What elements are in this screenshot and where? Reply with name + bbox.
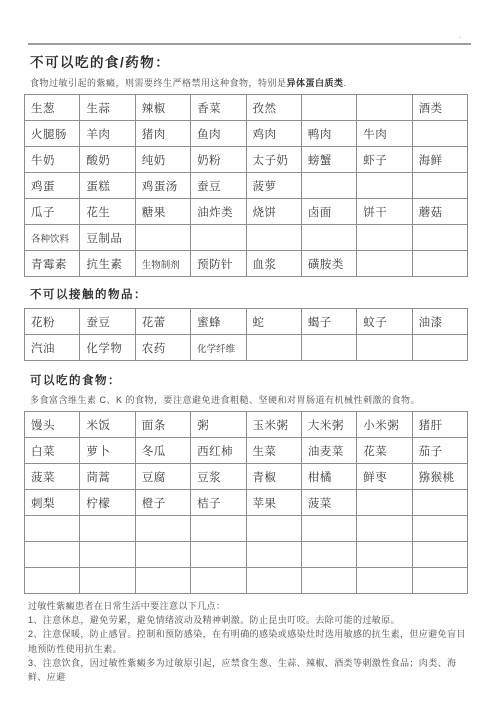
table-cell: 抗生素 (80, 251, 135, 277)
table-cell: 花菜 (357, 438, 412, 464)
table-row (25, 542, 468, 568)
table-cell (191, 568, 246, 594)
table-cell: 酒类 (412, 95, 467, 121)
table-cell (412, 121, 467, 147)
table-cell: 饼干 (357, 199, 412, 225)
section-title-allowed-foods: 可以吃的食物： (30, 372, 500, 388)
table-cell: 茄子 (412, 438, 467, 464)
table-row (25, 516, 468, 542)
note-item-2: 2、注意保暖，防止感冒。控制和预防感染，在有明确的感染或感染灶时选用敏感的抗生素… (28, 627, 470, 655)
table-row: 生葱生蒜辣椒香菜孜然酒类 (25, 95, 468, 121)
table-cell: 化学物 (80, 335, 135, 361)
forbidden-foods-intro: 食物过敏引起的紫癜，则需要终生严格禁用这种食物，特别是异体蛋白质类. (30, 76, 500, 89)
table-cell: 蚕豆 (80, 309, 135, 335)
table-cell: 豆腐 (135, 464, 190, 490)
table-cell: 鸡蛋 (25, 173, 80, 199)
table-cell: 橙子 (135, 490, 190, 516)
table-cell: 鸭肉 (301, 121, 356, 147)
table-cell: 汽油 (25, 335, 80, 361)
table-cell (25, 542, 80, 568)
table-cell: 蚊子 (357, 309, 412, 335)
table-cell: 香菜 (191, 95, 246, 121)
table-cell: 柠檬 (80, 490, 135, 516)
table-cell: 牛奶 (25, 147, 80, 173)
table-cell (80, 516, 135, 542)
table-cell (246, 542, 301, 568)
table-row: 各种饮料豆制品 (25, 225, 468, 251)
table-cell: 菠菜 (25, 464, 80, 490)
table-cell (412, 335, 467, 361)
table-cell: 刺梨 (25, 490, 80, 516)
table-cell (357, 173, 412, 199)
table-cell: 馒头 (25, 412, 80, 438)
table-cell (357, 251, 412, 277)
table-cell: 预防针 (191, 251, 246, 277)
table-cell: 孜然 (246, 95, 301, 121)
table-cell (301, 225, 356, 251)
table-cell: 纯奶 (135, 147, 190, 173)
table-cell (25, 568, 80, 594)
table-cell: 萝卜 (80, 438, 135, 464)
stray-dot-top: . (459, 31, 461, 40)
table-cell: 西红柿 (191, 438, 246, 464)
table-row: 青霉素抗生素生物制剂预防针血浆磺胺类 (25, 251, 468, 277)
table-cell (301, 95, 356, 121)
table-cell: 米饭 (80, 412, 135, 438)
allowed-foods-table: 馒头米饭面条粥玉米粥大米粥小米粥猪肝白菜萝卜冬瓜西红柿生菜油麦菜花菜茄子菠菜茼蒿… (24, 411, 468, 594)
table-cell (301, 568, 356, 594)
table-cell: 柑橘 (301, 464, 356, 490)
table-cell (246, 225, 301, 251)
table-cell: 酸奶 (80, 147, 135, 173)
table-cell: 蘑菇 (412, 199, 467, 225)
table-cell (25, 516, 80, 542)
table-cell: 白菜 (25, 438, 80, 464)
table-cell: 螃蟹 (301, 147, 356, 173)
table-cell: 猕猴桃 (412, 464, 467, 490)
note-item-3: 3、注意饮食，因过敏性紫癜多为过敏原引起，应禁食生葱、生蒜、辣椒、酒类等刺激性食… (28, 656, 470, 684)
intro-suffix: . (344, 78, 347, 88)
table-cell: 玉米粥 (246, 412, 301, 438)
table-cell: 菠萝 (246, 173, 301, 199)
table-cell: 豆制品 (80, 225, 135, 251)
table-cell: 鸡蛋汤 (135, 173, 190, 199)
table-cell: 花粉 (25, 309, 80, 335)
table-cell: 鱼肉 (191, 121, 246, 147)
table-cell (412, 490, 467, 516)
table-cell: 油麦菜 (301, 438, 356, 464)
table-cell: 蛇 (246, 309, 301, 335)
table-cell: 太子奶 (246, 147, 301, 173)
table-cell (301, 542, 356, 568)
table-cell: 辣椒 (135, 95, 190, 121)
table-cell (301, 516, 356, 542)
table-cell: 花蕾 (135, 309, 190, 335)
table-cell: 生葱 (25, 95, 80, 121)
table-cell (357, 490, 412, 516)
table-cell: 粥 (191, 412, 246, 438)
table-cell: 茼蒿 (80, 464, 135, 490)
intro-text: 食物过敏引起的紫癜，则需要终生严格禁用这种食物，特别是 (30, 78, 287, 88)
table-cell: 农药 (135, 335, 190, 361)
table-cell: 青椒 (246, 464, 301, 490)
table-cell (135, 516, 190, 542)
table-cell (357, 225, 412, 251)
table-row (25, 568, 468, 594)
table-row: 火腿肠羊肉猪肉鱼肉鸡肉鸭肉牛肉 (25, 121, 468, 147)
table-cell: 生菜 (246, 438, 301, 464)
table-cell: 小米粥 (357, 412, 412, 438)
table-cell (412, 173, 467, 199)
notes-heading: 过敏性紫癜患者在日常生活中要注意以下几点： (28, 599, 470, 613)
forbidden-items-table: 花粉蚕豆花蕾蜜蜂蛇蝎子蚊子油漆汽油化学物农药化学纤维 (24, 308, 468, 361)
table-cell: 蜜蜂 (191, 309, 246, 335)
table-cell (135, 542, 190, 568)
table-row: 瓜子花生糖果油炸类烧饼卤面饼干蘑菇 (25, 199, 468, 225)
table-cell: 各种饮料 (25, 225, 80, 251)
table-cell: 蚕豆 (191, 173, 246, 199)
table-cell: 豆浆 (191, 464, 246, 490)
table-cell (135, 568, 190, 594)
table-cell: 烧饼 (246, 199, 301, 225)
table-cell: 火腿肠 (25, 121, 80, 147)
table-cell: 羊肉 (80, 121, 135, 147)
table-cell (80, 542, 135, 568)
table-row: 汽油化学物农药化学纤维 (25, 335, 468, 361)
allowed-foods-intro: 多食富含维生素 C、K 的食物，要注意避免进食粗糙、坚硬和对胃肠道有机械性刺激的… (30, 393, 500, 406)
table-cell (357, 542, 412, 568)
table-cell: 糖果 (135, 199, 190, 225)
table-cell (412, 225, 467, 251)
table-cell (357, 516, 412, 542)
table-cell: 鸡肉 (246, 121, 301, 147)
table-cell: 生蒜 (80, 95, 135, 121)
table-cell (357, 95, 412, 121)
table-cell: 桔子 (191, 490, 246, 516)
table-cell: 海鲜 (412, 147, 467, 173)
section-title-forbidden-foods: 不可以吃的食/药物： (30, 51, 500, 71)
table-cell: 青霉素 (25, 251, 80, 277)
table-cell: 牛肉 (357, 121, 412, 147)
table-row: 刺梨柠檬橙子桔子苹果菠菜 (25, 490, 468, 516)
table-cell: 磺胺类 (301, 251, 356, 277)
table-cell (246, 516, 301, 542)
table-cell (412, 251, 467, 277)
table-cell (191, 516, 246, 542)
table-cell: 蝎子 (301, 309, 356, 335)
table-cell (301, 173, 356, 199)
table-cell: 花生 (80, 199, 135, 225)
table-cell: 油漆 (412, 309, 467, 335)
table-cell: 血浆 (246, 251, 301, 277)
table-cell (135, 225, 190, 251)
care-notes: 过敏性紫癜患者在日常生活中要注意以下几点： 1、注意休息，避免劳累，避免情绪波动… (28, 599, 470, 684)
table-cell: 菠菜 (301, 490, 356, 516)
table-cell: 鲜枣 (357, 464, 412, 490)
table-row: 菠菜茼蒿豆腐豆浆青椒柑橘鲜枣猕猴桃 (25, 464, 468, 490)
table-cell: 蛋糕 (80, 173, 135, 199)
table-row: 馒头米饭面条粥玉米粥大米粥小米粥猪肝 (25, 412, 468, 438)
table-cell (246, 335, 301, 361)
table-cell (357, 335, 412, 361)
table-row: 花粉蚕豆花蕾蜜蜂蛇蝎子蚊子油漆 (25, 309, 468, 335)
table-cell (412, 516, 467, 542)
table-cell (191, 542, 246, 568)
table-cell (412, 542, 467, 568)
table-cell (191, 225, 246, 251)
table-cell: 油炸类 (191, 199, 246, 225)
table-row: 牛奶酸奶纯奶奶粉太子奶螃蟹虾子海鲜 (25, 147, 468, 173)
table-cell: 生物制剂 (135, 251, 190, 277)
table-cell (357, 568, 412, 594)
intro-bold-text: 异体蛋白质类 (287, 78, 344, 88)
table-cell: 猪肉 (135, 121, 190, 147)
table-cell: 虾子 (357, 147, 412, 173)
stray-dot-bottom: . (27, 650, 29, 659)
note-item-1: 1、注意休息，避免劳累，避免情绪波动及精神刺激。防止昆虫叮咬。去除可能的过敏原。 (28, 613, 470, 627)
table-cell (301, 335, 356, 361)
table-cell (80, 568, 135, 594)
table-cell: 面条 (135, 412, 190, 438)
table-cell: 大米粥 (301, 412, 356, 438)
table-cell: 卤面 (301, 199, 356, 225)
table-row: 鸡蛋蛋糕鸡蛋汤蚕豆菠萝 (25, 173, 468, 199)
table-cell: 奶粉 (191, 147, 246, 173)
table-cell: 化学纤维 (191, 335, 246, 361)
document-content: 不可以吃的食/药物： 食物过敏引起的紫癜，则需要终生严格禁用这种食物，特别是异体… (0, 43, 500, 684)
section-title-forbidden-items: 不可以接触的物品： (30, 286, 500, 302)
table-cell: 瓜子 (25, 199, 80, 225)
table-cell: 冬瓜 (135, 438, 190, 464)
table-cell: 苹果 (246, 490, 301, 516)
table-cell (412, 568, 467, 594)
forbidden-foods-table: 生葱生蒜辣椒香菜孜然酒类火腿肠羊肉猪肉鱼肉鸡肉鸭肉牛肉牛奶酸奶纯奶奶粉太子奶螃蟹… (24, 94, 468, 277)
table-cell (246, 568, 301, 594)
table-cell: 猪肝 (412, 412, 467, 438)
document-page: . 不可以吃的食/药物： 食物过敏引起的紫癜，则需要终生严格禁用这种食物，特别是… (0, 0, 500, 708)
table-row: 白菜萝卜冬瓜西红柿生菜油麦菜花菜茄子 (25, 438, 468, 464)
